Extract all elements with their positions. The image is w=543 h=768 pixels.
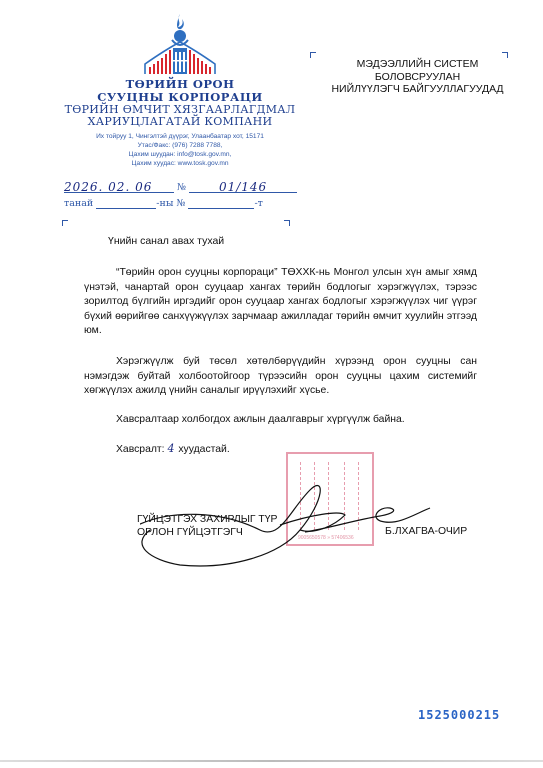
signatory-title-line2: ОРЛОН ГҮЙЦЭТГЭГЧ xyxy=(137,526,277,539)
signatory-name: Б.ЛХАГВА-ОЧИР xyxy=(385,526,467,537)
recipient-line3: НИЙЛҮҮЛЭГЧ БАЙГУУЛЛАГУУДАД xyxy=(300,83,535,96)
page-edge xyxy=(0,760,543,762)
date-value: 2026. 02. 06 xyxy=(64,180,152,194)
number-value: 01/146 xyxy=(219,180,267,194)
date-number-row: 2026. 02. 06 № 01/146 xyxy=(64,180,297,193)
body-paragraph-1: “Төрийн орон сууцны корпораци” ТӨХХК-нь … xyxy=(84,266,477,339)
official-stamp: 9005650578 » 57406536 xyxy=(286,452,374,546)
body-paragraph-2: Хэрэгжүүлж буй төсөл хөтөлбөрүүдийн хүрэ… xyxy=(84,355,477,399)
your-number-field xyxy=(188,196,254,209)
signatory-title-line1: ГҮЙЦЭТГЭХ ЗАХИРЛЫГ ТҮР xyxy=(137,513,277,526)
attachment-count: 4 xyxy=(167,442,175,455)
contact-info: Их тойруу 1, Чингэлтэй дүүрэг, Улаанбаат… xyxy=(55,132,305,168)
your-date-field xyxy=(96,196,156,209)
letterhead: ТӨРИЙН ОРОН СУУЦНЫ КОРПОРАЦИ ТӨРИЙН ӨМЧИ… xyxy=(55,12,305,168)
recipient-line1: МЭДЭЭЛЛИЙН СИСТЕМ xyxy=(300,58,535,71)
signatory-title: ГҮЙЦЭТГЭХ ЗАХИРЛЫГ ТҮР ОРЛОН ГҮЙЦЭТГЭГЧ xyxy=(137,513,277,539)
stamp-serial: 9005650578 » 57406536 xyxy=(298,535,354,541)
corner-mark xyxy=(62,220,68,226)
website: Цахим хуудас: www.tosk.gov.mn xyxy=(55,159,305,168)
t-label: -т xyxy=(254,198,262,209)
recipient-line2: БОЛОВСРУУЛАН xyxy=(300,71,535,84)
date-field: 2026. 02. 06 xyxy=(64,180,174,193)
email: Цахим шуудан: info@tosk.gov.mn, xyxy=(55,150,305,159)
your-label: танай xyxy=(64,198,93,209)
number-field: 01/146 xyxy=(189,180,297,193)
address: Их тойруу 1, Чингэлтэй дүүрэг, Улаанбаат… xyxy=(55,132,305,141)
ny-label: -ны № xyxy=(156,198,185,209)
phone: Утас/Факс: (976) 7288 7788, xyxy=(55,141,305,150)
registration-number: 1525000215 xyxy=(418,708,500,722)
your-ref-row: танай -ны № -т xyxy=(64,196,263,209)
org-type-line2: ХАРИУЦЛАГАТАЙ КОМПАНИ xyxy=(55,116,305,128)
number-label: № xyxy=(177,182,186,193)
recipient: МЭДЭЭЛЛИЙН СИСТЕМ БОЛОВСРУУЛАН НИЙЛҮҮЛЭГ… xyxy=(300,58,535,96)
attachment-line: Хавсралт: 4 хуудастай. xyxy=(84,442,477,458)
corner-mark xyxy=(284,220,290,226)
corporation-logo-icon xyxy=(135,12,225,78)
subject: Үнийн санал авах тухай xyxy=(108,235,224,247)
body-paragraph-3: Хавсралтаар холбогдох ажлын даалгаврыг х… xyxy=(84,413,477,428)
